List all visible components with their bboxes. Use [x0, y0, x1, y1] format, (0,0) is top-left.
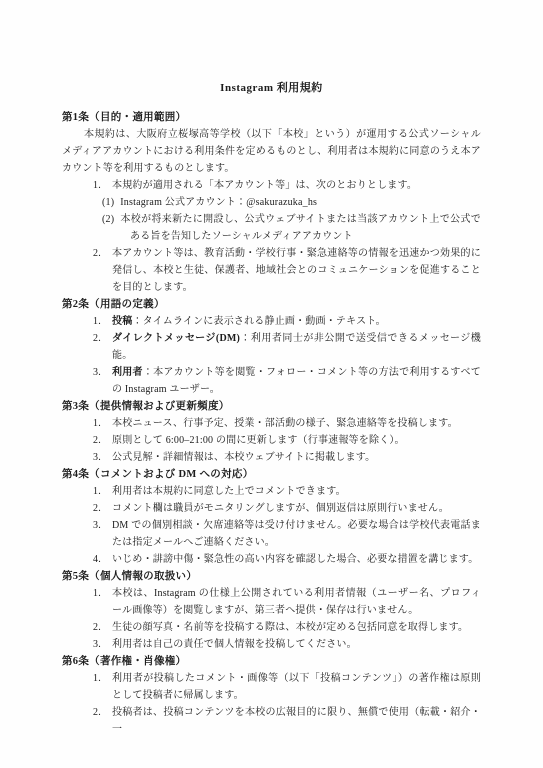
sub-list-item: (2)本校が将来新たに開設し、公式ウェブサイトまたは当該アカウント上で公式である…: [62, 211, 481, 245]
list-item: 1. 本校は、Instagram の仕様上公開されている利用者情報（ユーザー名、…: [62, 585, 481, 619]
item-number: 2.: [93, 432, 101, 449]
item-text: 本校ニュース、行事予定、授業・部活動の様子、緊急連絡等を投稿します。: [112, 418, 458, 429]
item-number: (2): [102, 214, 114, 225]
item-number: 3.: [93, 517, 101, 534]
item-number: 4.: [93, 551, 101, 568]
list-item: 3. DM での個別相談・欠席連絡等は受け付けません。必要な場合は学校代表電話ま…: [62, 517, 481, 551]
list-item: 4. いじめ・誹謗中傷・緊急性の高い内容を確認した場合、必要な措置を講じます。: [62, 551, 481, 568]
item-text: 利用者は本規約に同意した上でコメントできます。: [112, 486, 346, 497]
item-number: 2.: [93, 245, 101, 262]
article-heading: 第1条（目的・適用範囲）: [62, 109, 481, 126]
defined-term: 投稿: [112, 316, 132, 327]
list-item: 1. 利用者が投稿したコメント・画像等（以下「投稿コンテンツ」）の著作権は原則と…: [62, 670, 481, 704]
item-number: 2.: [93, 330, 101, 347]
list-item: 3. 利用者：本アカウント等を閲覧・フォロー・コメント等の方法で利用するすべての…: [62, 364, 481, 398]
list-item: 1. 本規約が適用される「本アカウント等」は、次のとおりとします。: [62, 177, 481, 194]
item-number: 2.: [93, 500, 101, 517]
item-text: Instagram 公式アカウント：@sakurazuka_hs: [120, 197, 317, 208]
article-heading: 第4条（コメントおよび DM への対応）: [62, 466, 481, 483]
item-text: いじめ・誹謗中傷・緊急性の高い内容を確認した場合、必要な措置を講じます。: [112, 554, 478, 565]
list-item: 1. 投稿：タイムラインに表示される静止画・動画・テキスト。: [62, 313, 481, 330]
list-item: 1. 利用者は本規約に同意した上でコメントできます。: [62, 483, 481, 500]
list-item: 2. 投稿者は、投稿コンテンツを本校の広報目的に限り、無償で使用（転載・紹介・一: [62, 704, 481, 738]
list-item: 2. 原則として 6:00–21:00 の間に更新します（行事速報等を除く）。: [62, 432, 481, 449]
list-item: 3. 公式見解・詳細情報は、本校ウェブサイトに掲載します。: [62, 449, 481, 466]
item-number: 1.: [93, 483, 101, 500]
article-1: 第1条（目的・適用範囲） 本規約は、大阪府立桜塚高等学校（以下「本校」という）が…: [62, 109, 481, 296]
article-heading: 第5条（個人情報の取扱い）: [62, 568, 481, 585]
item-text: DM での個別相談・欠席連絡等は受け付けません。必要な場合は学校代表電話または指…: [112, 520, 481, 548]
item-number: (1): [102, 197, 114, 208]
item-number: 2.: [93, 704, 101, 721]
item-text: 生徒の顔写真・名前等を投稿する際は、本校が定める包括同意を取得します。: [112, 622, 468, 633]
item-text: コメント欄は職員がモニタリングしますが、個別返信は原則行いません。: [112, 503, 449, 514]
item-text: 本規約が適用される「本アカウント等」は、次のとおりとします。: [112, 180, 417, 191]
item-text: 本校が将来新たに開設し、公式ウェブサイトまたは当該アカウント上で公式である旨を告…: [120, 214, 481, 242]
item-number: 1.: [93, 585, 101, 602]
item-text: 公式見解・詳細情報は、本校ウェブサイトに掲載します。: [112, 452, 375, 463]
item-number: 1.: [93, 670, 101, 687]
item-text: 利用者は自己の責任で個人情報を投稿してください。: [112, 639, 357, 650]
list-item: 2. 本アカウント等は、教育活動・学校行事・緊急連絡等の情報を迅速かつ効果的に発…: [62, 245, 481, 296]
article-heading: 第3条（提供情報および更新頻度）: [62, 398, 481, 415]
item-text: 利用者が投稿したコメント・画像等（以下「投稿コンテンツ」）の著作権は原則として投…: [112, 673, 481, 701]
defined-term: 利用者: [112, 367, 143, 378]
item-text: 本校は、Instagram の仕様上公開されている利用者情報（ユーザー名、プロフ…: [112, 588, 481, 616]
list-item: 2. ダイレクトメッセージ(DM)：利用者同士が非公開で送受信できるメッセージ機…: [62, 330, 481, 364]
article-3: 第3条（提供情報および更新頻度） 1. 本校ニュース、行事予定、授業・部活動の様…: [62, 398, 481, 466]
item-number: 3.: [93, 636, 101, 653]
item-text: ：タイムラインに表示される静止画・動画・テキスト。: [132, 316, 385, 327]
sub-list-item: (1)Instagram 公式アカウント：@sakurazuka_hs: [62, 194, 481, 211]
item-number: 1.: [93, 415, 101, 432]
item-number: 1.: [93, 313, 101, 330]
item-text: 原則として 6:00–21:00 の間に更新します（行事速報等を除く）。: [112, 435, 405, 446]
item-text: 本アカウント等は、教育活動・学校行事・緊急連絡等の情報を迅速かつ効果的に発信し、…: [112, 248, 481, 293]
item-number: 3.: [93, 364, 101, 381]
item-number: 3.: [93, 449, 101, 466]
article-4: 第4条（コメントおよび DM への対応） 1. 利用者は本規約に同意した上でコメ…: [62, 466, 481, 568]
defined-term: ダイレクトメッセージ(DM): [112, 333, 240, 344]
article-2: 第2条（用語の定義） 1. 投稿：タイムラインに表示される静止画・動画・テキスト…: [62, 296, 481, 398]
article-lead-paragraph: 本規約は、大阪府立桜塚高等学校（以下「本校」という）が運用する公式ソーシャルメデ…: [62, 126, 481, 177]
article-heading: 第6条（著作権・肖像権）: [62, 653, 481, 670]
list-item: 2. コメント欄は職員がモニタリングしますが、個別返信は原則行いません。: [62, 500, 481, 517]
article-6: 第6条（著作権・肖像権） 1. 利用者が投稿したコメント・画像等（以下「投稿コン…: [62, 653, 481, 738]
list-item: 1. 本校ニュース、行事予定、授業・部活動の様子、緊急連絡等を投稿します。: [62, 415, 481, 432]
list-item: 3. 利用者は自己の責任で個人情報を投稿してください。: [62, 636, 481, 653]
item-number: 1.: [93, 177, 101, 194]
list-item: 2. 生徒の顔写真・名前等を投稿する際は、本校が定める包括同意を取得します。: [62, 619, 481, 636]
item-number: 2.: [93, 619, 101, 636]
item-text: ：本アカウント等を閲覧・フォロー・コメント等の方法で利用するすべての Insta…: [112, 367, 481, 395]
document-title: Instagram 利用規約: [62, 80, 481, 97]
item-text: 投稿者は、投稿コンテンツを本校の広報目的に限り、無償で使用（転載・紹介・一: [112, 707, 481, 735]
article-5: 第5条（個人情報の取扱い） 1. 本校は、Instagram の仕様上公開されて…: [62, 568, 481, 653]
document-page: Instagram 利用規約 第1条（目的・適用範囲） 本規約は、大阪府立桜塚高…: [0, 0, 543, 768]
article-heading: 第2条（用語の定義）: [62, 296, 481, 313]
